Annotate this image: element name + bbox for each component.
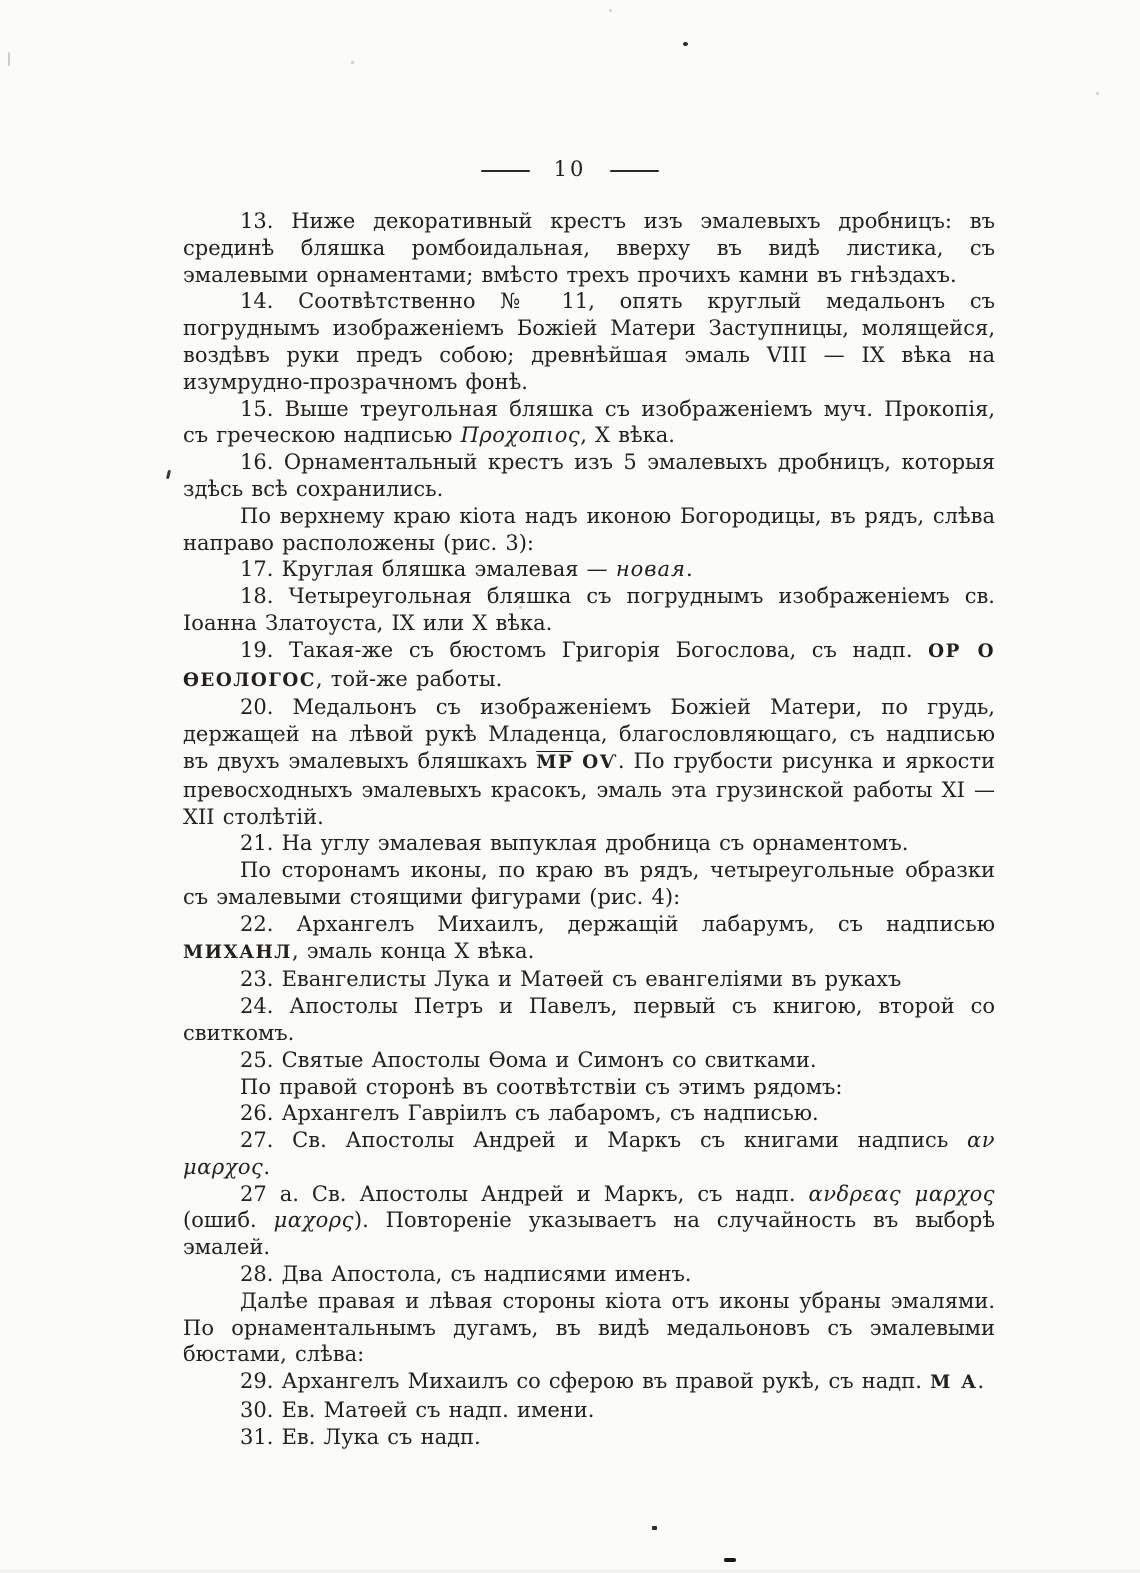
text-run: 18. Четыреугольная бляшка съ погруднымъ … (183, 584, 995, 635)
scan-speck (683, 42, 688, 46)
header-rule-right (610, 170, 659, 172)
text-run: 30. Ев. Матѳей съ надп. имени. (240, 1398, 594, 1422)
text-run: 16. Орнаментальный крестъ изъ 5 эмалевых… (183, 450, 995, 501)
text-run: (ошиб. (183, 1208, 274, 1232)
intro-right-side: По правой сторонѣ въ соотвѣтствіи съ эти… (183, 1074, 995, 1101)
header-rule-left (481, 170, 530, 172)
page-header: 10 (0, 160, 1140, 181)
text-run: 19. Такая-же съ бюстомъ Григорія Богосло… (240, 638, 928, 662)
item-24: 24. Апостолы Петръ и Павелъ, первый съ к… (183, 993, 995, 1047)
item-27: 27. Св. Апостолы Андрей и Маркъ съ книга… (183, 1127, 995, 1181)
item-30: 30. Ев. Матѳей съ надп. имени. (183, 1397, 995, 1424)
scan-speck (8, 52, 10, 66)
text-run: . (263, 1155, 270, 1179)
item-13: 13. Ниже декоративный крестъ изъ эмалевы… (183, 208, 995, 288)
text-run: По сторонамъ иконы, по краю въ рядъ, чет… (183, 858, 995, 909)
item-29: 29. Архангелъ Михаилъ со сферою въ право… (183, 1368, 995, 1397)
item-14: 14. Соотвѣтственно № 11, опять круглый м… (183, 288, 995, 395)
item-18: 18. Четыреугольная бляшка съ погруднымъ … (183, 583, 995, 637)
intro-top-row: По верхнему краю кіота надъ иконою Богор… (183, 503, 995, 557)
item-23: 23. Евангелисты Лука и Матѳей съ евангел… (183, 966, 995, 993)
text-run: , X вѣка. (580, 423, 675, 447)
page-number: 10 (554, 159, 587, 180)
text-run: 13. Ниже декоративный крестъ изъ эмалевы… (183, 209, 995, 287)
scan-speck (724, 1558, 736, 1562)
item-20: 20. Медальонъ съ изображеніемъ Божіей Ма… (183, 694, 995, 830)
text-run: 24. Апостолы Петръ и Павелъ, первый съ к… (183, 994, 995, 1045)
item-21: 21. На углу эмалевая выпуклая дробница с… (183, 830, 995, 857)
text-run: . (978, 1369, 985, 1393)
scan-speck (166, 470, 171, 479)
ovl-text-run: МР (536, 752, 573, 773)
item-19: 19. Такая-же съ бюстомъ Григорія Богосло… (183, 637, 995, 695)
text-run: , эмаль конца X вѣка. (292, 939, 534, 963)
text-run: 27 а. Св. Апостолы Андрей и Маркъ, съ на… (240, 1182, 809, 1206)
item-31: 31. Ев. Лука съ надп. (183, 1424, 995, 1451)
text-run: По правой сторонѣ въ соотвѣтствіи съ эти… (240, 1075, 842, 1099)
item-16: 16. Орнаментальный крестъ изъ 5 эмалевых… (183, 449, 995, 503)
scan-speck (609, 9, 612, 12)
text-block: 13. Ниже декоративный крестъ изъ эмалевы… (183, 208, 995, 1451)
item-17: 17. Круглая бляшка эмалевая — новая. (183, 556, 995, 583)
text-run (573, 749, 582, 773)
text-run: 22. Архангелъ Михаилъ, держащій лабарумъ… (240, 912, 995, 936)
greek-text-run: ανδρεας μαρχος (809, 1182, 995, 1206)
text-run: 26. Архангелъ Гавріилъ съ лабаромъ, съ н… (240, 1101, 819, 1125)
text-run: 21. На углу эмалевая выпуклая дробница с… (240, 831, 908, 855)
text-run: 14. Соотвѣтственно № 11, опять круглый м… (183, 289, 995, 393)
item-22: 22. Архангелъ Михаилъ, держащій лабарумъ… (183, 911, 995, 967)
text-run: , той-же работы. (316, 667, 502, 691)
scan-speck (519, 606, 522, 609)
text-run: . (686, 557, 693, 581)
text-run: 29. Архангелъ Михаилъ со сферою въ право… (240, 1369, 930, 1393)
text-run: По верхнему краю кіота надъ иконою Богор… (183, 504, 995, 555)
text-run: 31. Ев. Лука съ надп. (240, 1425, 481, 1449)
item-28: 28. Два Апостола, съ надписями именъ. (183, 1261, 995, 1288)
item-27a: 27 а. Св. Апостолы Андрей и Маркъ, съ на… (183, 1181, 995, 1261)
document-page: 10 13. Ниже декоративный крестъ изъ эмал… (0, 0, 1140, 1573)
text-run: 23. Евангелисты Лука и Матѳей съ евангел… (240, 967, 901, 991)
text-run: Далѣе правая и лѣвая стороны кіота отъ и… (183, 1289, 995, 1367)
inscr-text-run: МИХАНЛ (183, 942, 292, 963)
text-run: 27. Св. Апостолы Андрей и Маркъ съ книга… (240, 1128, 967, 1152)
inscr-text-run: ОѴ (582, 752, 618, 773)
text-run: 17. Круглая бляшка эмалевая — (240, 557, 616, 581)
item-15: 15. Выше треугольная бляшка съ изображен… (183, 396, 995, 450)
scan-speck (351, 61, 354, 64)
scan-speck (1096, 92, 1099, 95)
greek-text-run: Προχοπιος (461, 423, 581, 447)
intro-kiot-arcs: Далѣе правая и лѣвая стороны кіота отъ и… (183, 1288, 995, 1368)
text-run: 25. Святые Апостолы Ѳома и Симонъ со сви… (240, 1048, 817, 1072)
scan-speck (652, 1526, 657, 1530)
intro-icon-sides: По сторонамъ иконы, по краю въ рядъ, чет… (183, 857, 995, 911)
item-26: 26. Архангелъ Гавріилъ съ лабаромъ, съ н… (183, 1100, 995, 1127)
greek-text-run: μαχορς (274, 1208, 354, 1232)
italic-text-run: новая (616, 557, 686, 581)
inscr-text-run: М А (930, 1372, 977, 1393)
text-run: 28. Два Апостола, съ надписями именъ. (240, 1262, 691, 1286)
page-bottom-edge (0, 1569, 1140, 1573)
item-25: 25. Святые Апостолы Ѳома и Симонъ со сви… (183, 1047, 995, 1074)
